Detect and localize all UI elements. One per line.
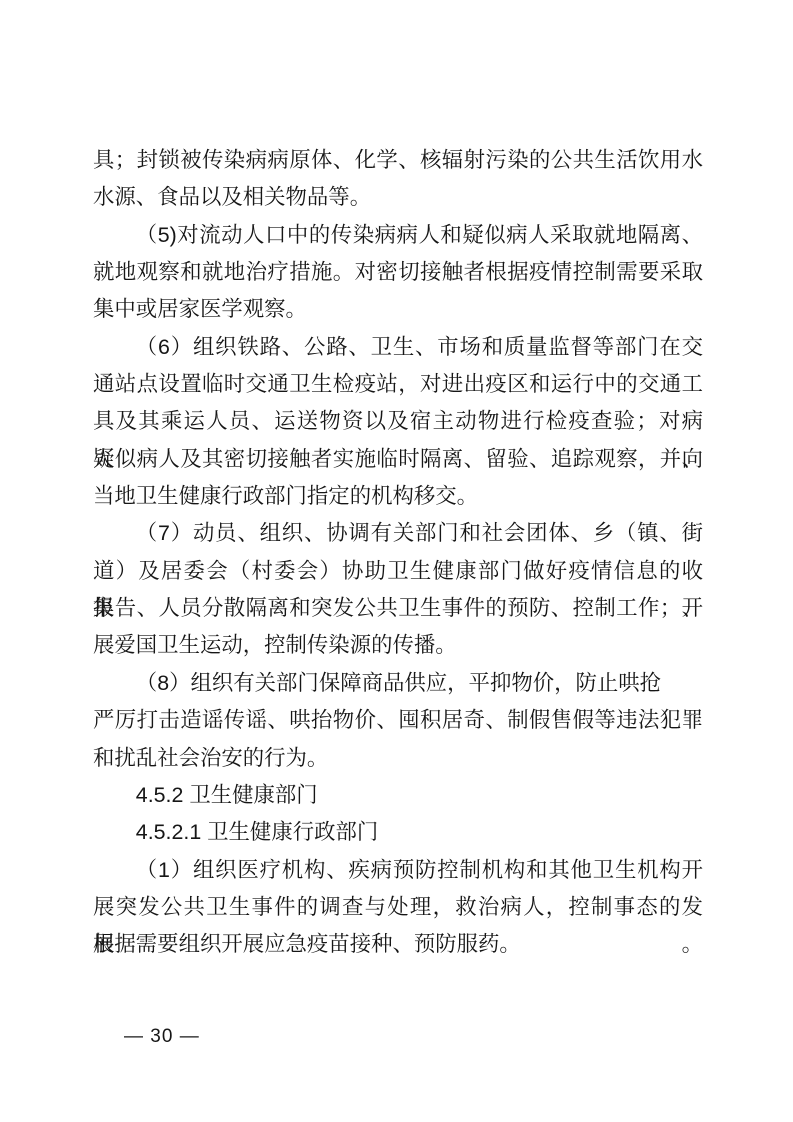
text-line: 疑似病人及其密切接触者实施临时隔离、留验、追踪观察，并向 <box>93 441 703 478</box>
text-block: 具；封锁被传染病病原体、化学、核辐射污染的公共生活饮用水 水源、食品以及相关物品… <box>93 142 703 964</box>
text-line: （7）动员、组织、协调有关部门和社会团体、乡（镇、街 <box>93 515 703 552</box>
text-line: 水源、食品以及相关物品等。 <box>93 179 703 216</box>
text-line: 当地卫生健康行政部门指定的机构移交。 <box>93 478 703 515</box>
text-line: 展突发公共卫生事件的调查与处理，救治病人，控制事态的发展。 <box>93 889 703 926</box>
heading-4-5-2-1: 4.5.2.1 卫生健康行政部门 <box>93 814 703 851</box>
text-line: 和扰乱社会治安的行为。 <box>93 740 703 777</box>
text-line: （1）组织医疗机构、疾病预防控制机构和其他卫生机构开 <box>93 852 703 889</box>
text-line: 具；封锁被传染病病原体、化学、核辐射污染的公共生活饮用水 <box>93 142 703 179</box>
page-number: — 30 — <box>124 1026 200 1048</box>
text-line: 集中或居家医学观察。 <box>93 291 703 328</box>
text-line: （8）组织有关部门保障商品供应，平抑物价，防止哄抢 <box>93 665 703 702</box>
text-line: 具及其乘运人员、运送物资以及宿主动物进行检疫查验；对病人、 <box>93 403 703 440</box>
text-line: 展爱国卫生运动，控制传染源的传播。 <box>93 627 703 664</box>
text-line: 报告、人员分散隔离和突发公共卫生事件的预防、控制工作；开 <box>93 590 703 627</box>
text-line: 道）及居委会（村委会）协助卫生健康部门做好疫情信息的收集、 <box>93 553 703 590</box>
text-line: 严厉打击造谣传谣、哄抬物价、囤积居奇、制假售假等违法犯罪 <box>93 702 703 739</box>
heading-4-5-2: 4.5.2 卫生健康部门 <box>93 777 703 814</box>
text-line: 就地观察和就地治疗措施。对密切接触者根据疫情控制需要采取 <box>93 254 703 291</box>
text-line: （5)对流动人口中的传染病病人和疑似病人采取就地隔离、 <box>93 217 703 254</box>
document-page: 具；封锁被传染病病原体、化学、核辐射污染的公共生活饮用水 水源、食品以及相关物品… <box>0 0 793 1122</box>
text-line: 通站点设置临时交通卫生检疫站，对进出疫区和运行中的交通工 <box>93 366 703 403</box>
text-line: （6）组织铁路、公路、卫生、市场和质量监督等部门在交 <box>93 329 703 366</box>
